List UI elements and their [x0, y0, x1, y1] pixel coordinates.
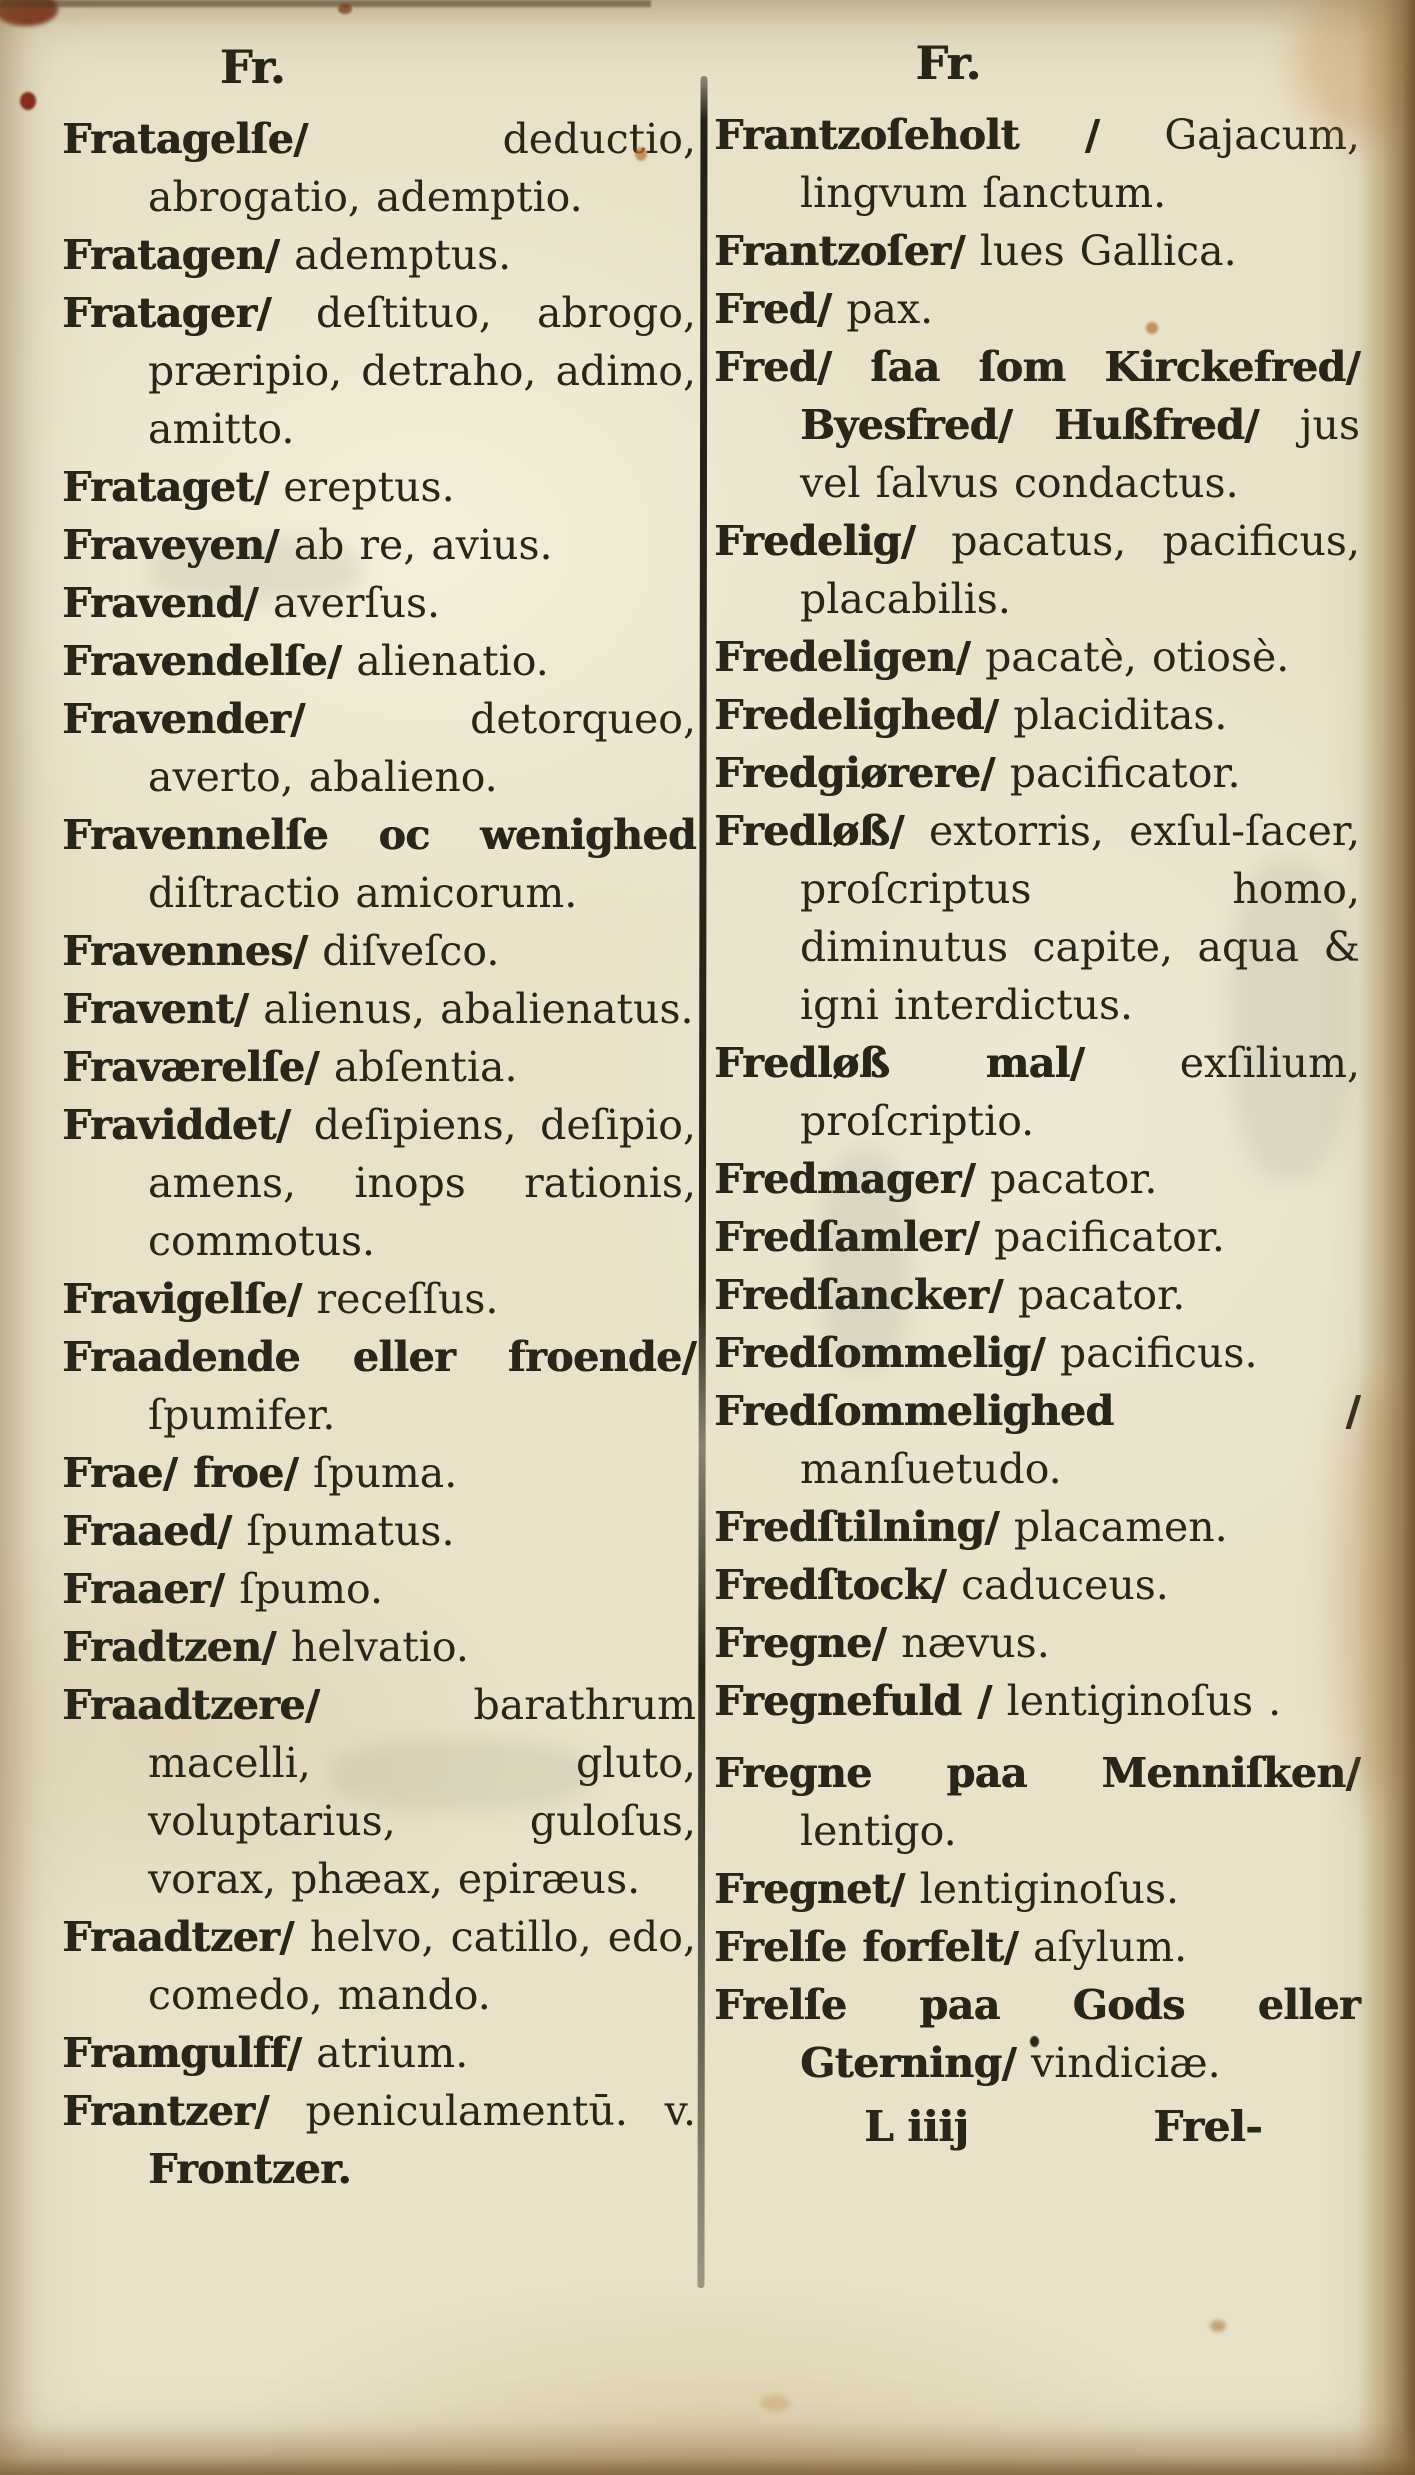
headword: Fravigelſe/ [62, 1275, 301, 1323]
headword: Fredelig/ [714, 517, 915, 565]
headword: Fredløß mal/ [714, 1039, 1084, 1087]
latin-definition: ſpumatus. [246, 1507, 454, 1555]
dictionary-entry: Fraviddet/ deſipiens, deſipio, amens, in… [62, 1096, 696, 1270]
dictionary-entry: Fredelig/ pacatus, pacificus, placabilis… [714, 512, 1360, 628]
latin-definition: ſpumifer. [148, 1391, 335, 1439]
dictionary-entry: Fredſancker/ pacator. [714, 1266, 1360, 1324]
dictionary-entry: Frataget/ ereptus. [62, 458, 696, 516]
headword: Fregnefuld / [714, 1677, 992, 1725]
dictionary-entry: Fred/ pax. [714, 280, 1360, 338]
headword: Fregne/ [714, 1619, 886, 1667]
headword: Framgulff/ [62, 2029, 301, 2077]
headword: Fravender/ [62, 695, 305, 743]
latin-definition: alienatio. [356, 637, 548, 685]
dictionary-entry: Fredſtilning/ placamen. [714, 1498, 1360, 1556]
headword: Fregnet/ [714, 1865, 905, 1913]
latin-definition: atrium. [316, 2029, 468, 2077]
dictionary-entry: Fredſamler/ pacificator. [714, 1208, 1360, 1266]
dictionary-entry: Fratagen/ ademptus. [62, 226, 696, 284]
latin-definition: vindiciæ. [1031, 2039, 1221, 2087]
dictionary-entry: Fraadtzere/ barathrum macelli, gluto, vo… [62, 1676, 696, 1908]
headword: Fredmager/ [714, 1155, 975, 1203]
dictionary-entry: Fredmager/ pacator. [714, 1150, 1360, 1208]
latin-definition: abſentia. [334, 1043, 518, 1091]
headword: Fredſamler/ [714, 1213, 979, 1261]
dictionary-entry: Fratager/ deſtituo, abrogo, præripio, de… [62, 284, 696, 458]
headword: Fraaed/ [62, 1507, 231, 1555]
left-column: Fr. Fratagelſe/ deductio, abrogatio, ade… [62, 38, 696, 2198]
headword: Frantzoſeholt / [714, 111, 1099, 159]
dictionary-entry: Fraværelſe/ abſentia. [62, 1038, 696, 1096]
latin-definition: pacator. [990, 1155, 1157, 1203]
latin-definition: aſylum. [1033, 1923, 1187, 1971]
dictionary-entry: Frantzoſeholt / Gajacum, lingvum ſanctum… [714, 106, 1360, 222]
latin-definition: lues Gallica. [980, 227, 1237, 275]
gathering-signature-mark: L iiij [864, 2098, 968, 2156]
dictionary-entry: Fravender/ detorqueo, averto, abalieno. [62, 690, 696, 806]
latin-definition: pacificator. [994, 1213, 1225, 1261]
dictionary-entry: Fradtzen/ helvatio. [62, 1618, 696, 1676]
latin-definition: ſpumo. [239, 1565, 383, 1613]
dictionary-entry: Fraveyen/ ab re, avius. [62, 516, 696, 574]
headword: Fravend/ [62, 579, 258, 627]
latin-definition: receſſus. [317, 1275, 499, 1323]
headword: Fraadtzer/ [62, 1913, 294, 1961]
headword: Fredſommelighed / [714, 1387, 1360, 1435]
dictionary-entry: Fravennes/ diſveſco. [62, 922, 696, 980]
catchword: Frel- [1153, 2098, 1262, 2156]
dictionary-entry: Fredeligen/ pacatè, otiosè. [714, 628, 1360, 686]
headword: Fratagelſe/ [62, 115, 308, 163]
latin-definition: pacator. [1018, 1271, 1185, 1319]
headword: Fraværelſe/ [62, 1043, 319, 1091]
headword: Fraaer/ [62, 1565, 224, 1613]
dictionary-entry: Fravent/ alienus, abalienatus. [62, 980, 696, 1038]
right-column: Fr. Frantzoſeholt / Gajacum, lingvum ſan… [714, 34, 1360, 2156]
latin-definition: pacificus. [1060, 1329, 1258, 1377]
dictionary-entry: Frantzer/ peniculamentū. v. Frontzer. [62, 2082, 696, 2198]
dictionary-entry: Fredelighed/ placiditas. [714, 686, 1360, 744]
headword: Fregne paa Menniſken/ [714, 1749, 1360, 1797]
dictionary-entry: Frelſe paa Gods eller Gterning/ vindiciæ… [714, 1976, 1360, 2092]
headword: Fravennelſe oc wenighed [62, 811, 696, 859]
latin-definition: averſus. [273, 579, 440, 627]
dictionary-entry: Fraaer/ ſpumo. [62, 1560, 696, 1618]
headword: Fravent/ [62, 985, 248, 1033]
latin-definition: placiditas. [1013, 691, 1227, 739]
dictionary-entry: Fraadende eller froende/ ſpumifer. [62, 1328, 696, 1444]
latin-definition: caduceus. [961, 1561, 1169, 1609]
headword: Fredgiørere/ [714, 749, 995, 797]
dictionary-entry: Fregne/ nævus. [714, 1614, 1360, 1672]
headword: Fredløß/ [714, 807, 904, 855]
dictionary-entry: Fratagelſe/ deductio, abrogatio, adempti… [62, 110, 696, 226]
headword: Fravendelſe/ [62, 637, 341, 685]
rust-speck [1210, 2320, 1226, 2332]
dictionary-entry: Fredſommelig/ pacificus. [714, 1324, 1360, 1382]
dictionary-entry: Frantzoſer/ lues Gallica. [714, 222, 1360, 280]
page-edge-bottom [0, 2423, 1415, 2475]
latin-definition: placamen. [1014, 1503, 1228, 1551]
dictionary-entry: Fravennelſe oc wenighed diſtractio amico… [62, 806, 696, 922]
latin-definition: ademptus. [294, 231, 511, 279]
latin-definition: lentiginoſus. [920, 1865, 1179, 1913]
headword: Frantzer/ [62, 2087, 269, 2135]
left-column-entries: Fratagelſe/ deductio, abrogatio, adempti… [62, 110, 696, 2198]
latin-definition: ab re, avius. [294, 521, 553, 569]
dictionary-entry: Frelſe forfelt/ aſylum. [714, 1918, 1360, 1976]
headword: Fredſancker/ [714, 1271, 1003, 1319]
dictionary-entry: Fred/ ſaa ſom Kirckefred/ Byesfred/ Hußf… [714, 338, 1360, 512]
dictionary-entry: Fravendelſe/ alienatio. [62, 632, 696, 690]
headword: Fravennes/ [62, 927, 307, 975]
latin-definition: ereptus. [283, 463, 454, 511]
signature-row: L iiij Frel- [714, 2098, 1360, 2156]
column-divider-rule [697, 76, 707, 2288]
headword: Fratager/ [62, 289, 271, 337]
latin-definition: nævus. [901, 1619, 1050, 1667]
latin-definition: ſpuma. [313, 1449, 457, 1497]
running-head-right: Fr. [754, 34, 1142, 92]
latin-definition: helvatio. [291, 1623, 469, 1671]
dictionary-entry: Fraaed/ ſpumatus. [62, 1502, 696, 1560]
headword: Fraveyen/ [62, 521, 279, 569]
right-column-entries: Frantzoſeholt / Gajacum, lingvum ſanctum… [714, 106, 1360, 2092]
dictionary-entry: Fredløß mal/ exſilium, proſcriptio. [714, 1034, 1360, 1150]
headword: Fraadtzere/ [62, 1681, 319, 1729]
dictionary-entry: Fregnefuld / lentiginoſus . [714, 1672, 1360, 1730]
headword: Fred/ ſaa ſom Kirckefred/ Byesfred/ Hußf… [714, 343, 1360, 449]
latin-definition: peniculamentū. v. [306, 2087, 697, 2135]
dictionary-entry: Fravigelſe/ receſſus. [62, 1270, 696, 1328]
latin-definition: diſtractio amicorum. [148, 869, 577, 917]
headword: Fredſtilning/ [714, 1503, 999, 1551]
headword: Fredſommelig/ [714, 1329, 1045, 1377]
running-head-left: Fr. [62, 38, 442, 96]
headword: Fredeligen/ [714, 633, 970, 681]
latin-definition: lentiginoſus . [1007, 1677, 1282, 1725]
dictionary-entry: Fredſtock/ caduceus. [714, 1556, 1360, 1614]
headword: Fred/ [714, 285, 831, 333]
dictionary-entry: Fregnet/ lentiginoſus. [714, 1860, 1360, 1918]
dictionary-entry: Fregne paa Menniſken/ lentigo. [714, 1744, 1360, 1860]
headword: Frantzoſer/ [714, 227, 965, 275]
latin-definition: pacatè, otiosè. [985, 633, 1289, 681]
dictionary-entry: Fredſommelighed / manſuetudo. [714, 1382, 1360, 1498]
latin-definition: pax. [846, 285, 933, 333]
latin-definition: diſveſco. [322, 927, 499, 975]
latin-definition: pacificator. [1010, 749, 1241, 797]
page-edge-right [1357, 0, 1415, 2475]
dictionary-entry: Framgulff/ atrium. [62, 2024, 696, 2082]
page-edge-top [0, 0, 651, 7]
latin-definition: alienus, abalienatus. [263, 985, 693, 1033]
headword: Fraviddet/ [62, 1101, 290, 1149]
dictionary-entry: Fraadtzer/ helvo, catillo, edo, comedo, … [62, 1908, 696, 2024]
foxing-spot [760, 2395, 790, 2411]
red-speck [20, 92, 36, 110]
headword: Frontzer. [148, 2145, 351, 2193]
latin-definition: manſuetudo. [800, 1445, 1062, 1493]
scanned-dictionary-page: { "page": { "colors": { "paper": "#e9e2c… [0, 0, 1415, 2475]
headword: Frataget/ [62, 463, 268, 511]
dictionary-entry: Fredgiørere/ pacificator. [714, 744, 1360, 802]
headword: Fredelighed/ [714, 691, 998, 739]
dictionary-entry: Frae/ froe/ ſpuma. [62, 1444, 696, 1502]
headword: Frelſe forfelt/ [714, 1923, 1018, 1971]
dictionary-entry: Fredløß/ extorris, exſul-ſacer, proſcrip… [714, 802, 1360, 1034]
latin-definition: lentigo. [800, 1807, 957, 1855]
headword: Frae/ froe/ [62, 1449, 298, 1497]
headword: Fredſtock/ [714, 1561, 946, 1609]
headword: Fradtzen/ [62, 1623, 276, 1671]
headword: Fratagen/ [62, 231, 279, 279]
dictionary-entry: Fravend/ averſus. [62, 574, 696, 632]
headword: Fraadende eller froende/ [62, 1333, 696, 1381]
